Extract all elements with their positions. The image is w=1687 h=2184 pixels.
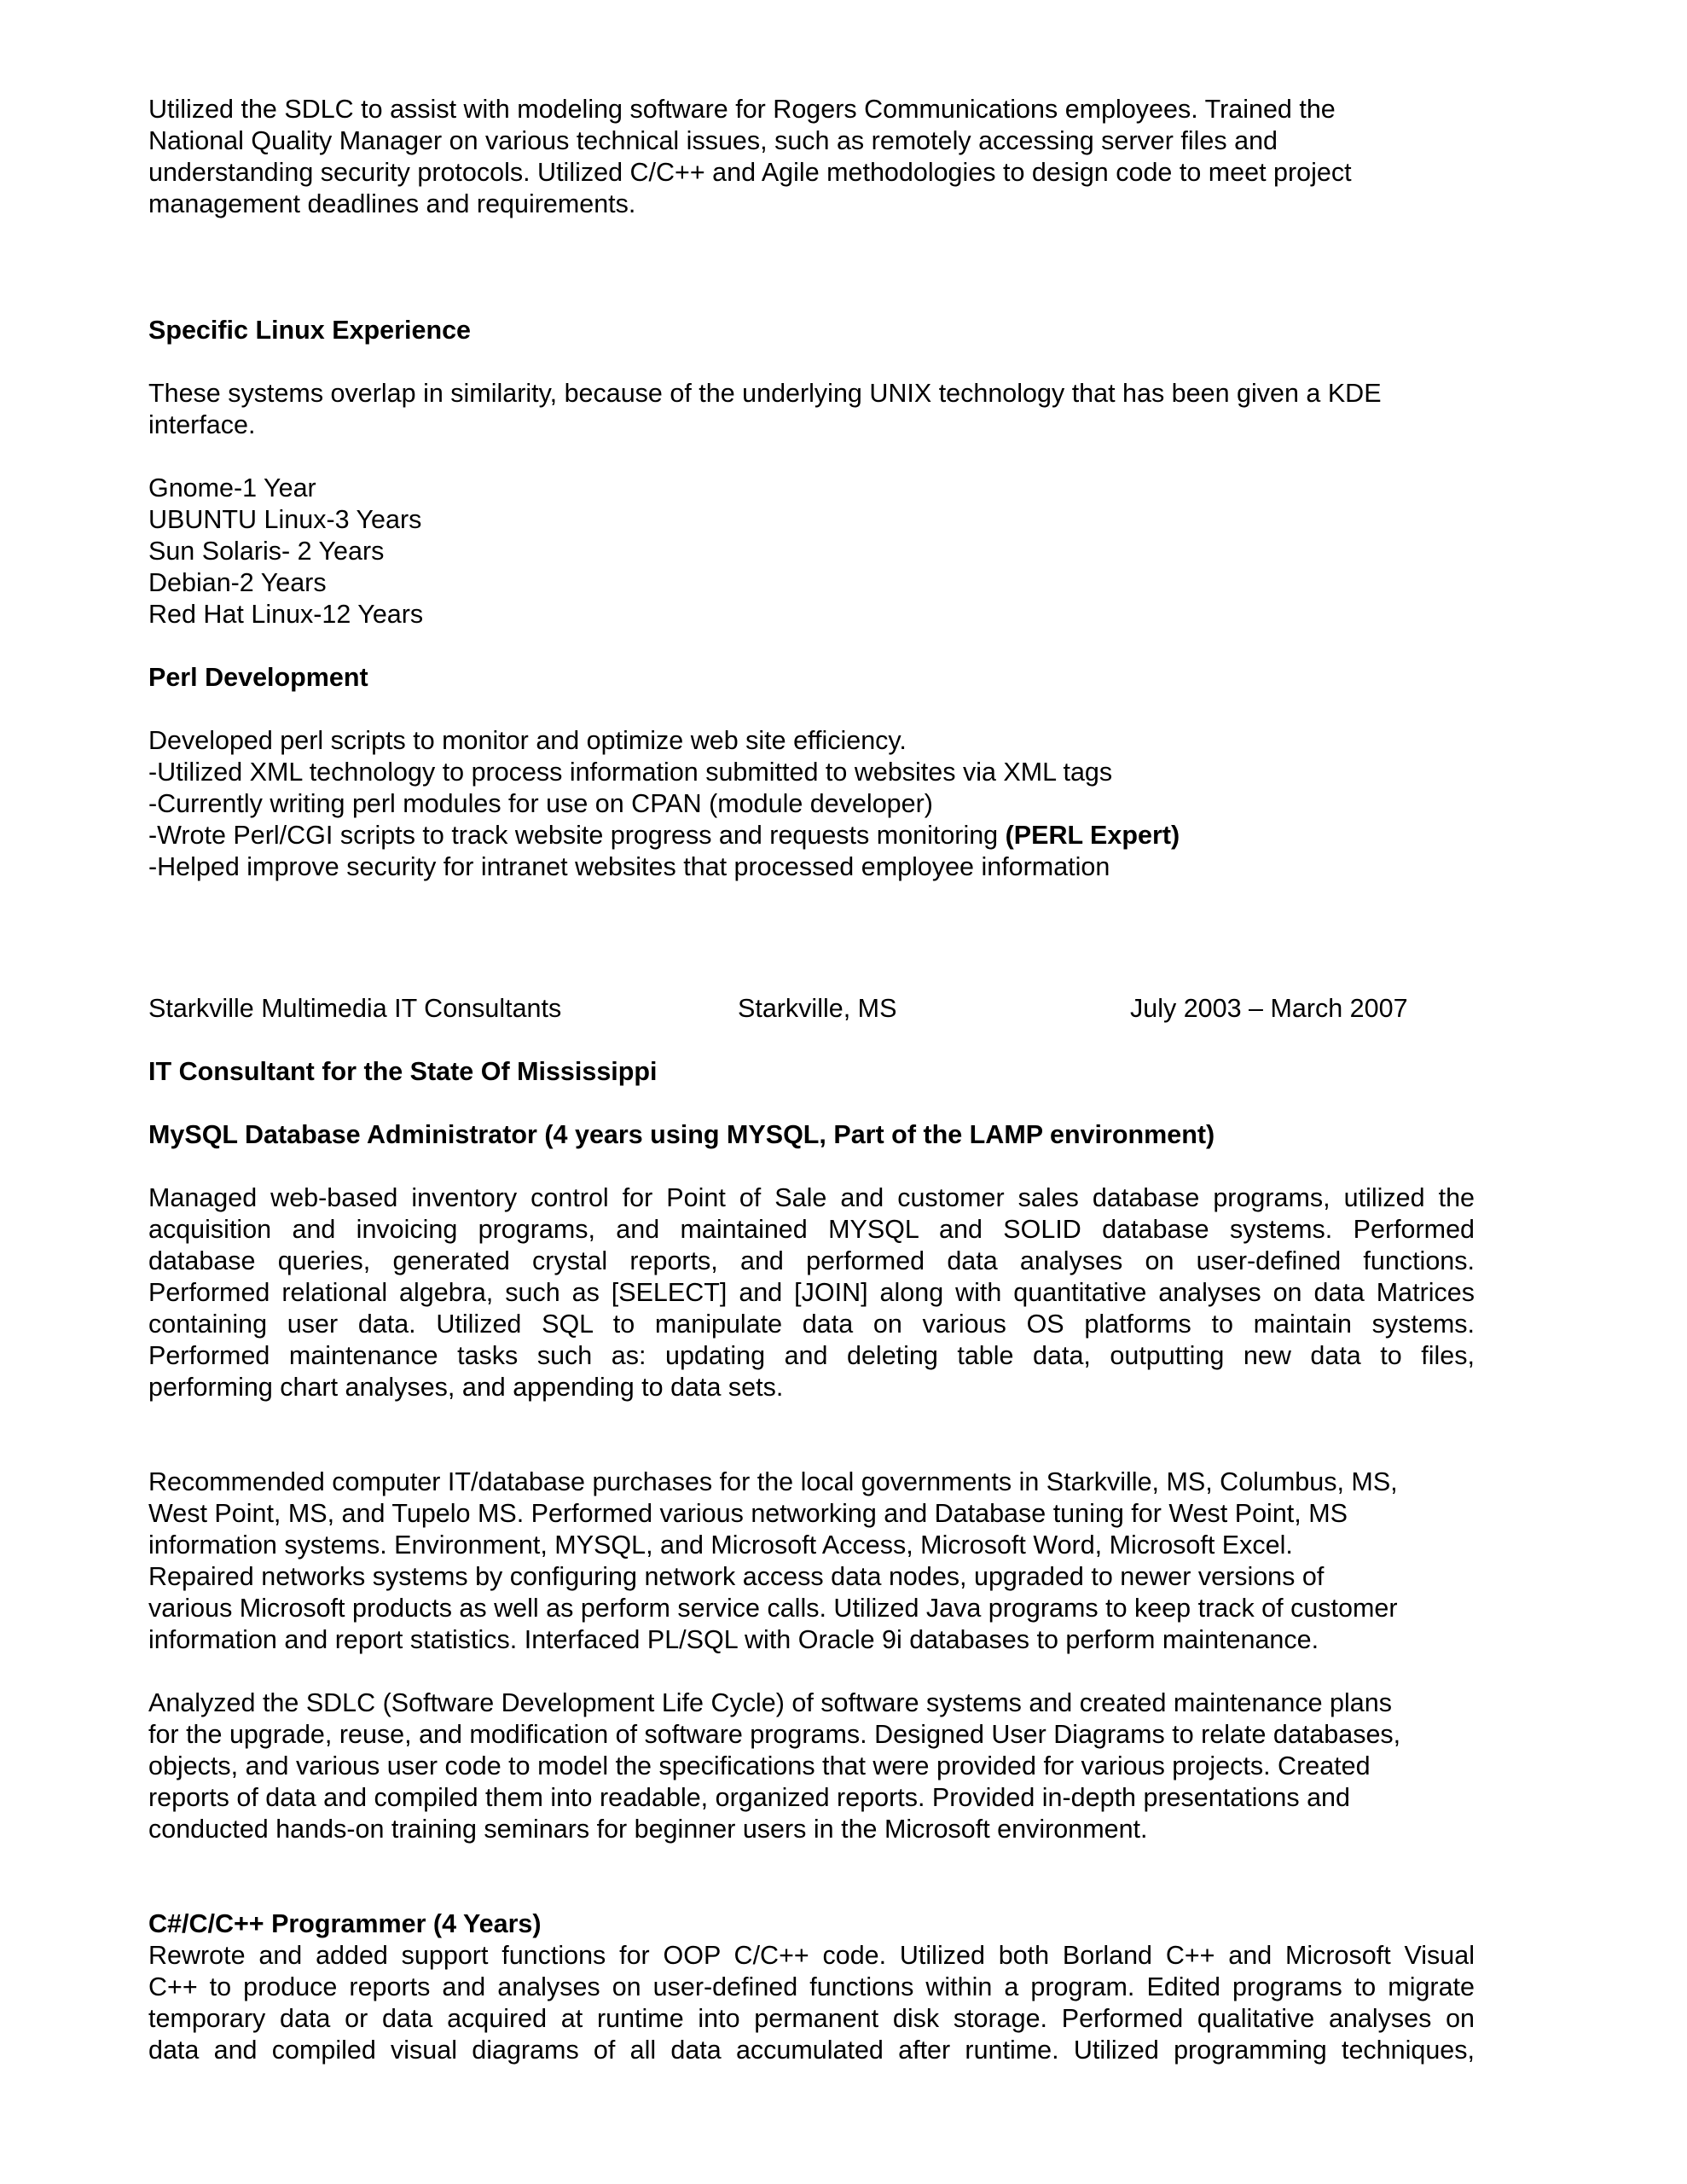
mysql-p2-line: West Point, MS, and Tupelo MS. Performed… bbox=[148, 1498, 1475, 1530]
spacer bbox=[148, 1088, 1475, 1119]
csharp-section-heading: C#/C/C++ Programmer (4 Years) bbox=[148, 1908, 1475, 1940]
spacer bbox=[148, 694, 1475, 725]
justified-line: data and compiled visual diagrams of all… bbox=[148, 2035, 1475, 2066]
intro-paragraph: Utilized the SDLC to assist with modelin… bbox=[148, 94, 1475, 220]
csharp-paragraph-text: Rewrote and added support functions for … bbox=[148, 1940, 1475, 2066]
spacer bbox=[148, 346, 1475, 378]
justified-line: Rewrote and added support functions for … bbox=[148, 1940, 1475, 1972]
csharp-paragraph: Rewrote and added support functions for … bbox=[148, 1940, 1475, 2066]
perl-line: -Utilized XML technology to process info… bbox=[148, 757, 1475, 788]
employer-dates: July 2003 – March 2007 bbox=[1130, 993, 1408, 1025]
spacer bbox=[148, 630, 1475, 662]
linux-system-item: Debian-2 Years bbox=[148, 567, 1475, 599]
spacer bbox=[148, 1151, 1475, 1182]
mysql-section-heading: MySQL Database Administrator (4 years us… bbox=[148, 1119, 1475, 1151]
linux-description: These systems overlap in similarity, bec… bbox=[148, 378, 1475, 441]
employer-company: Starkville Multimedia IT Consultants bbox=[148, 993, 561, 1025]
spacer bbox=[148, 1025, 1475, 1056]
spacer bbox=[148, 220, 1475, 315]
resume-page: Utilized the SDLC to assist with modelin… bbox=[148, 94, 1475, 2066]
mysql-p3-line: for the upgrade, reuse, and modification… bbox=[148, 1719, 1475, 1751]
justified-line: temporary data or data acquired at runti… bbox=[148, 2003, 1475, 2035]
linux-system-item: Red Hat Linux-12 Years bbox=[148, 599, 1475, 630]
perl-expert-line: -Wrote Perl/CGI scripts to track website… bbox=[148, 820, 1475, 851]
justified-line: C++ to produce reports and analyses on u… bbox=[148, 1972, 1475, 2003]
linux-system-item: UBUNTU Linux-3 Years bbox=[148, 504, 1475, 536]
justified-line: Performed maintenance tasks such as: upd… bbox=[148, 1340, 1475, 1372]
perl-line: -Currently writing perl modules for use … bbox=[148, 788, 1475, 820]
linux-system-item: Sun Solaris- 2 Years bbox=[148, 536, 1475, 567]
role-title: IT Consultant for the State Of Mississip… bbox=[148, 1056, 1475, 1088]
mysql-paragraph-3: Analyzed the SDLC (Software Development … bbox=[148, 1687, 1475, 1845]
justified-line: containing user data. Utilized SQL to ma… bbox=[148, 1309, 1475, 1340]
spacer bbox=[148, 1656, 1475, 1687]
employer-row: Starkville Multimedia IT Consultants Sta… bbox=[148, 993, 1475, 1025]
mysql-p2-line: information systems. Environment, MYSQL,… bbox=[148, 1530, 1475, 1561]
mysql-p1-text: Managed web-based inventory control for … bbox=[148, 1182, 1475, 1403]
perl-expert-text: -Wrote Perl/CGI scripts to track website… bbox=[148, 821, 1006, 850]
spacer bbox=[148, 441, 1475, 473]
intro-line: understanding security protocols. Utiliz… bbox=[148, 157, 1475, 189]
justified-line: Managed web-based inventory control for … bbox=[148, 1182, 1475, 1214]
justified-line: Performed relational algebra, such as [S… bbox=[148, 1277, 1475, 1309]
intro-line: management deadlines and requirements. bbox=[148, 189, 1475, 220]
perl-line: Developed perl scripts to monitor and op… bbox=[148, 725, 1475, 757]
perl-section-heading: Perl Development bbox=[148, 662, 1475, 694]
mysql-p3-line: reports of data and compiled them into r… bbox=[148, 1782, 1475, 1814]
mysql-paragraph-1: Managed web-based inventory control for … bbox=[148, 1182, 1475, 1403]
mysql-p2-line: Repaired networks systems by configuring… bbox=[148, 1561, 1475, 1593]
mysql-p2-line: information and report statistics. Inter… bbox=[148, 1624, 1475, 1656]
mysql-p3-line: Analyzed the SDLC (Software Development … bbox=[148, 1687, 1475, 1719]
linux-system-item: Gnome-1 Year bbox=[148, 473, 1475, 504]
spacer bbox=[148, 883, 1475, 993]
employer-location: Starkville, MS bbox=[738, 993, 896, 1025]
mysql-p2-line: Recommended computer IT/database purchas… bbox=[148, 1467, 1475, 1498]
perl-line: -Helped improve security for intranet we… bbox=[148, 851, 1475, 883]
justified-line: database queries, generated crystal repo… bbox=[148, 1246, 1475, 1277]
mysql-p3-line: conducted hands-on training seminars for… bbox=[148, 1814, 1475, 1845]
linux-description-line: These systems overlap in similarity, bec… bbox=[148, 378, 1475, 409]
mysql-paragraph-2: Recommended computer IT/database purchas… bbox=[148, 1467, 1475, 1656]
spacer bbox=[148, 1403, 1475, 1467]
linux-systems-list: Gnome-1 Year UBUNTU Linux-3 Years Sun So… bbox=[148, 473, 1475, 630]
justified-line: performing chart analyses, and appending… bbox=[148, 1372, 1475, 1403]
perl-details: Developed perl scripts to monitor and op… bbox=[148, 725, 1475, 883]
spacer bbox=[148, 1845, 1475, 1908]
mysql-p3-line: objects, and various user code to model … bbox=[148, 1751, 1475, 1782]
justified-line: acquisition and invoicing programs, and … bbox=[148, 1214, 1475, 1246]
mysql-p2-line: various Microsoft products as well as pe… bbox=[148, 1593, 1475, 1624]
linux-description-line: interface. bbox=[148, 409, 1475, 441]
perl-expert-badge: (PERL Expert) bbox=[1006, 821, 1180, 850]
intro-line: National Quality Manager on various tech… bbox=[148, 125, 1475, 157]
intro-line: Utilized the SDLC to assist with modelin… bbox=[148, 94, 1475, 125]
linux-section-heading: Specific Linux Experience bbox=[148, 315, 1475, 346]
